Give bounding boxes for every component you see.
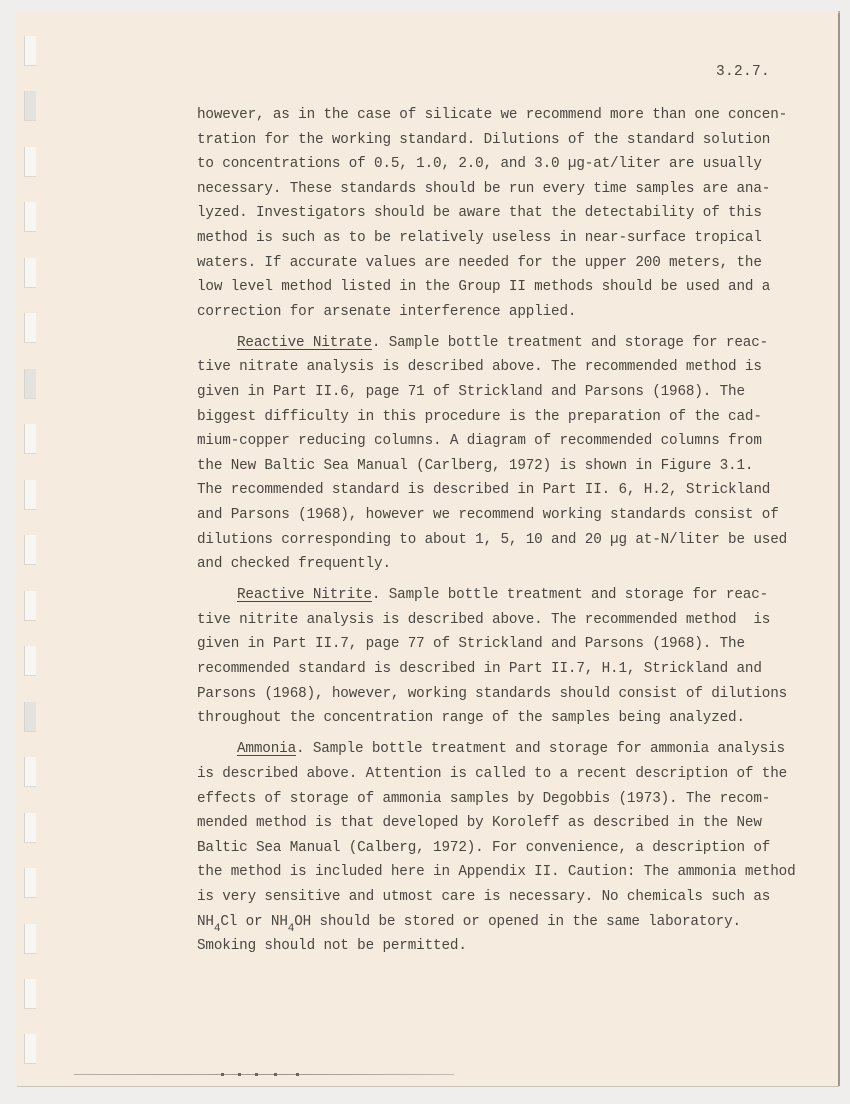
page-edge — [838, 13, 840, 1086]
footer-rule — [74, 1074, 454, 1075]
binding-hole — [24, 369, 36, 399]
section-heading-reactive-nitrate: Reactive Nitrate — [237, 335, 372, 351]
text-line: mended method is that developed by Korol… — [197, 811, 797, 836]
text-line: throughout the concentration range of th… — [197, 706, 797, 731]
text-line: The recommended standard is described in… — [197, 478, 797, 503]
binding-hole — [24, 1034, 36, 1064]
binding-hole — [24, 702, 36, 732]
text-line: dilutions corresponding to about 1, 5, 1… — [197, 528, 797, 553]
text-line: Reactive Nitrite. Sample bottle treatmen… — [197, 583, 797, 608]
binding-hole — [24, 646, 36, 676]
chemical-formula-line: NH4Cl or NH4OH should be stored or opene… — [197, 910, 797, 935]
paragraph-silicate-continuation: however, as in the case of silicate we r… — [197, 103, 797, 324]
text-line: effects of storage of ammonia samples by… — [197, 787, 797, 812]
text-line: to concentrations of 0.5, 1.0, 2.0, and … — [197, 152, 797, 177]
text-line: biggest difficulty in this procedure is … — [197, 405, 797, 430]
text-line: and Parsons (1968), however we recommend… — [197, 503, 797, 528]
binding-hole — [24, 535, 36, 565]
text-line: method is such as to be relatively usele… — [197, 226, 797, 251]
binding-hole — [24, 313, 36, 343]
text-line: the method is included here in Appendix … — [197, 860, 797, 885]
text-line: mium-copper reducing columns. A diagram … — [197, 429, 797, 454]
text-line: low level method listed in the Group II … — [197, 275, 797, 300]
section-heading-reactive-nitrite: Reactive Nitrite — [237, 587, 372, 603]
text-line: correction for arsenate interference app… — [197, 300, 797, 325]
binding-hole — [24, 924, 36, 954]
text-line: Smoking should not be permitted. — [197, 934, 797, 959]
text-line: lyzed. Investigators should be aware tha… — [197, 201, 797, 226]
text-line: tration for the working standard. Diluti… — [197, 128, 797, 153]
binding-hole — [24, 202, 36, 232]
text-line: Baltic Sea Manual (Calberg, 1972). For c… — [197, 836, 797, 861]
text-line: necessary. These standards should be run… — [197, 177, 797, 202]
binding-hole — [24, 424, 36, 454]
text-line: however, as in the case of silicate we r… — [197, 103, 797, 128]
binding-hole — [24, 979, 36, 1009]
text-line: Ammonia. Sample bottle treatment and sto… — [197, 737, 797, 762]
binding-hole — [24, 591, 36, 621]
rule-mark — [221, 1073, 224, 1076]
text-fragment: Cl or — [220, 914, 271, 930]
paragraph-reactive-nitrate: Reactive Nitrate. Sample bottle treatmen… — [197, 331, 797, 577]
binding-hole — [24, 480, 36, 510]
text-line: Parsons (1968), however, working standar… — [197, 682, 797, 707]
text-fragment: OH should be stored or opened in the sam… — [294, 914, 741, 930]
rule-mark — [238, 1073, 241, 1076]
binding-hole — [24, 91, 36, 121]
text-line: the New Baltic Sea Manual (Carlberg, 197… — [197, 454, 797, 479]
binding-holes — [24, 11, 38, 1086]
binding-hole — [24, 258, 36, 288]
text-line: tive nitrite analysis is described above… — [197, 608, 797, 633]
body-text: however, as in the case of silicate we r… — [197, 103, 797, 959]
rule-mark — [274, 1073, 277, 1076]
text-line: given in Part II.6, page 71 of Stricklan… — [197, 380, 797, 405]
text-line: Reactive Nitrate. Sample bottle treatmen… — [197, 331, 797, 356]
text-line: waters. If accurate values are needed fo… — [197, 251, 797, 276]
binding-hole — [24, 757, 36, 787]
section-heading-ammonia: Ammonia — [237, 741, 296, 757]
binding-hole — [24, 36, 36, 66]
binding-hole — [24, 813, 36, 843]
formula-nh4cl: NH — [197, 914, 214, 930]
page-number: 3.2.7. — [716, 64, 770, 80]
text-fragment: . Sample bottle treatment and storage fo… — [372, 587, 768, 603]
text-fragment: . Sample bottle treatment and storage fo… — [296, 741, 785, 757]
rule-mark — [255, 1073, 258, 1076]
text-line: is described above. Attention is called … — [197, 762, 797, 787]
text-line: and checked frequently. — [197, 552, 797, 577]
binding-hole — [24, 868, 36, 898]
paragraph-reactive-nitrite: Reactive Nitrite. Sample bottle treatmen… — [197, 583, 797, 731]
paragraph-ammonia: Ammonia. Sample bottle treatment and sto… — [197, 737, 797, 958]
text-line: is very sensitive and utmost care is nec… — [197, 885, 797, 910]
formula-nh4oh: NH — [271, 914, 288, 930]
rule-mark — [296, 1073, 299, 1076]
text-fragment: . Sample bottle treatment and storage fo… — [372, 335, 768, 351]
binding-hole — [24, 147, 36, 177]
text-line: tive nitrate analysis is described above… — [197, 355, 797, 380]
text-line: recommended standard is described in Par… — [197, 657, 797, 682]
text-line: given in Part II.7, page 77 of Stricklan… — [197, 632, 797, 657]
